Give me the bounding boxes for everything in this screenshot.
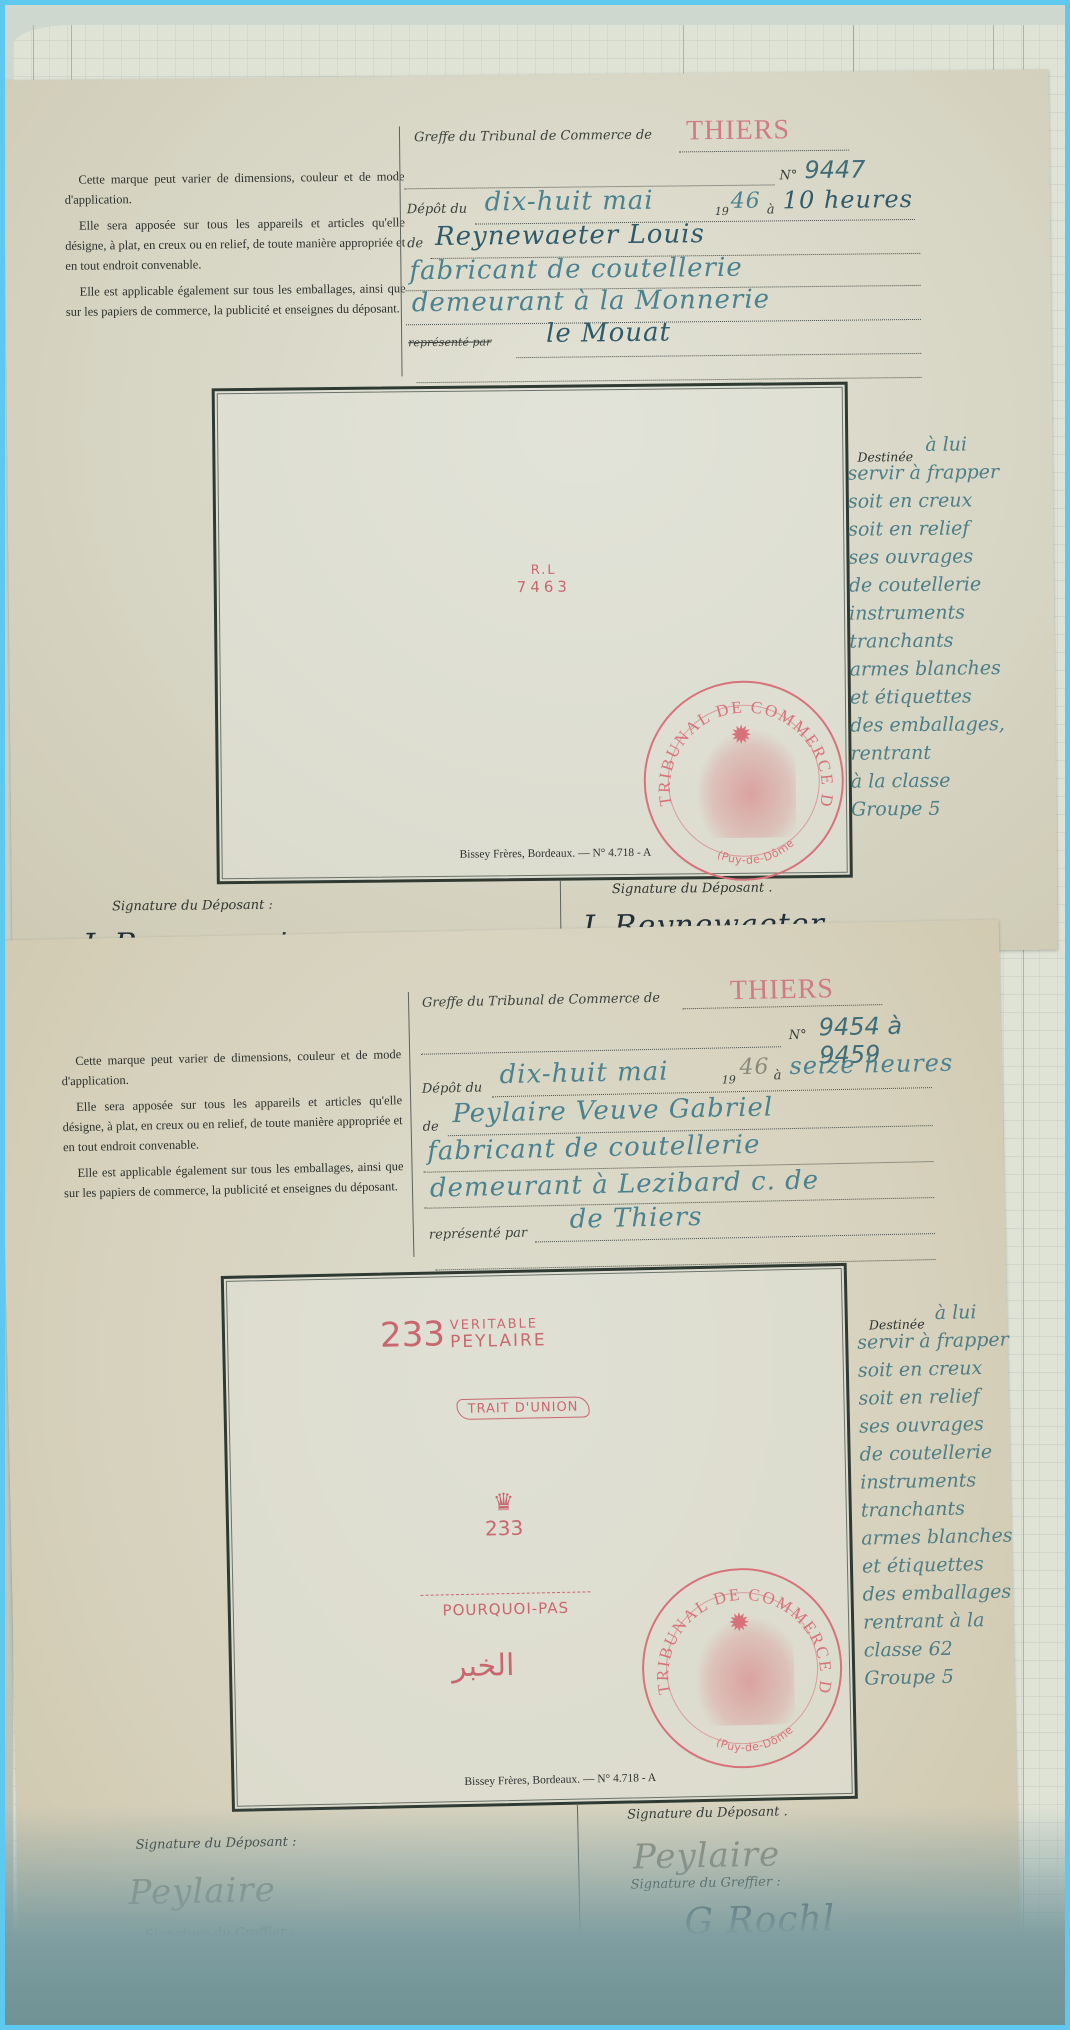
represented-value: de Thiers: [569, 1202, 702, 1235]
trademark-box: R.L 7463 ✹ TRIBUNAL DE COMMERCE DE THIER…: [212, 382, 853, 885]
depositor-line: Peylaire Veuve Gabriel: [452, 1092, 773, 1129]
signature-deposant-label: Signature du Déposant :: [112, 898, 273, 915]
at-label: à: [774, 1068, 782, 1083]
court-seal: ✹ TRIBUNAL DE COMMERCE DE THIERS (Puy-de…: [640, 1566, 844, 1770]
destinee-text: à lui servir à frapper soit en creux soi…: [856, 1297, 1064, 1693]
depot-label: Dépôt du: [422, 1080, 483, 1096]
depot-label: Dépôt du: [407, 202, 467, 218]
year-value: 46: [739, 1054, 770, 1080]
greffe-label: Greffe du Tribunal de Commerce de: [422, 991, 660, 1011]
header-block: Greffe du Tribunal de Commerce de THIERS…: [404, 115, 927, 380]
signature-deposant-label-right: Signature du Déposant .: [612, 880, 773, 897]
mark-text: R.L: [517, 563, 571, 579]
instruction-paragraph: Elle est applicable également sur tous l…: [66, 278, 406, 322]
instructions: Cette marque peut varier de dimensions, …: [64, 166, 406, 328]
court-stamp: THIERS: [730, 973, 835, 1007]
mark-text: PEYLAIRE: [450, 1332, 547, 1350]
mark-banner: TRAIT D'UNION: [456, 1396, 589, 1420]
photograph: 353 Cette marque peut varier de dimensio…: [5, 5, 1065, 2025]
de-label: de: [423, 1119, 439, 1134]
divider: [408, 992, 415, 1257]
represented-label: représenté par: [429, 1226, 528, 1243]
mark-number: 233: [380, 1314, 446, 1355]
instructions: Cette marque peut varier de dimensions, …: [61, 1044, 404, 1209]
mark-crown: ♛ 233: [468, 1487, 539, 1540]
printer-line: Bissey Frères, Bordeaux. — N° 4.718 - A: [459, 847, 651, 861]
mark-arabic: الخبر: [452, 1648, 515, 1684]
trademark-box: 233 VERITABLE PEYLAIRE TRAIT D'UNION ♛ 2…: [221, 1263, 858, 1812]
depot-date: dix-huit mai: [485, 186, 654, 218]
mark-peylaire: 233 VERITABLE PEYLAIRE: [380, 1312, 547, 1355]
header-block: Greffe du Tribunal de Commerce de THIERS…: [420, 971, 946, 1262]
time-value: seize heures: [789, 1049, 953, 1080]
crown-icon: ♛: [468, 1487, 539, 1516]
instruction-paragraph: Cette marque peut varier de dimensions, …: [61, 1044, 402, 1091]
printer-line: Bissey Frères, Bordeaux. — N° 4.718 - A: [464, 1772, 656, 1788]
year-prefix: 19: [715, 205, 729, 218]
number-label: N°: [789, 1028, 807, 1043]
at-label: à: [767, 202, 775, 217]
instruction-paragraph: Elle est applicable également sur tous l…: [63, 1156, 404, 1203]
depositor-line: demeurant à la Monnerie: [412, 284, 771, 318]
depositor-line: Reynewaeter Louis: [435, 219, 705, 252]
represented-label: représenté par: [408, 335, 491, 349]
greffe-label: Greffe du Tribunal de Commerce de: [414, 128, 652, 145]
destinee-text: à lui servir à frapper soit en creux soi…: [847, 430, 1051, 824]
mark-text: 7463: [517, 578, 571, 597]
mark-pourquoi: POURQUOI-PAS: [420, 1591, 590, 1620]
registration-form-1: Cette marque peut varier de dimensions, …: [5, 70, 1058, 961]
depositor-line: fabricant de coutellerie: [409, 253, 743, 286]
instruction-paragraph: Elle sera apposée sur tous les appareils…: [62, 1090, 403, 1157]
depot-date: dix-huit mai: [499, 1057, 669, 1091]
represented-value: le Mouat: [546, 318, 671, 349]
svg-text:TRIBUNAL DE COMMERCE DE THIERS: TRIBUNAL DE COMMERCE DE THIERS: [645, 682, 838, 812]
year-value: 46: [731, 189, 761, 214]
time-value: 10 heures: [783, 185, 914, 214]
svg-text:TRIBUNAL DE COMMERCE DE THIERS: TRIBUNAL DE COMMERCE DE THIERS: [642, 1568, 836, 1700]
court-seal: ✹ TRIBUNAL DE COMMERCE DE THIERS (Puy-de…: [643, 680, 845, 882]
number-value: 9447: [804, 155, 865, 184]
court-stamp: THIERS: [686, 114, 790, 147]
page-shadow: [5, 1805, 1065, 2025]
depositor-line: fabricant de coutellerie: [427, 1130, 761, 1167]
number-label: N°: [779, 168, 797, 183]
year-prefix: 19: [722, 1073, 736, 1086]
de-label: de: [407, 236, 423, 251]
mark-stamp: R.L 7463: [517, 563, 572, 597]
mark-number: 233: [469, 1515, 539, 1540]
instruction-paragraph: Cette marque peut varier de dimensions, …: [64, 166, 404, 210]
instruction-paragraph: Elle sera apposée sur tous les appareils…: [65, 212, 406, 276]
